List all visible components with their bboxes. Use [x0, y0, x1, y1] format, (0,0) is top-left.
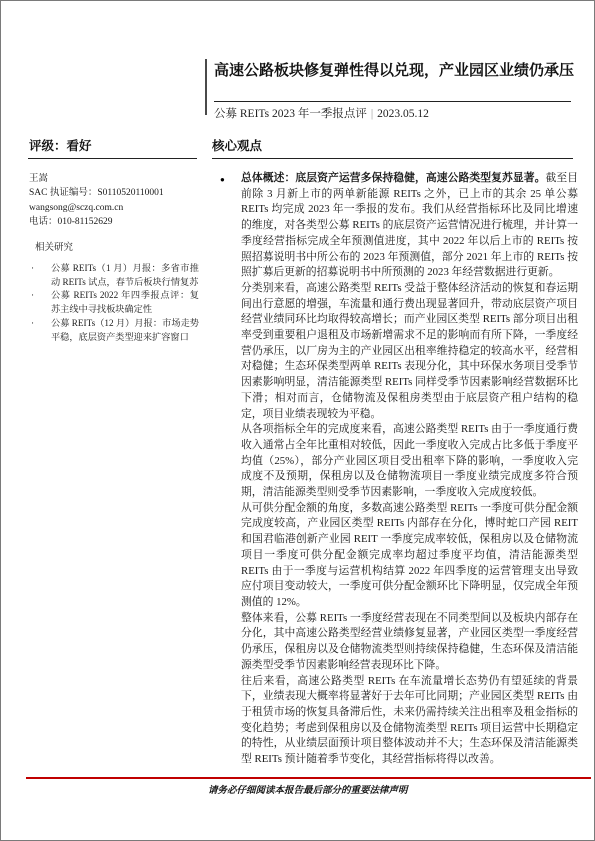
- paragraph: 往后来看，高速公路类型 REITs 在车流量增长态势仍有望延续的背景下，业绩表现…: [241, 674, 578, 768]
- footer-accent-line: [26, 777, 591, 779]
- bullet-dot-icon: ·: [29, 317, 51, 345]
- sidebar-divider: [28, 158, 197, 159]
- related-item-title: 公募 REITs（1 月）月报：多省市推动 REITs 试点，春节后板块行情复苏: [51, 262, 199, 290]
- list-item: · 公募 REITs（12 月）月报：市场走势平稳，底层资产类型迎来扩容窗口: [29, 317, 199, 345]
- analyst-sac-number: SAC 执证编号：S0110520110001: [29, 186, 199, 200]
- analyst-email: wangsong@sczq.com.cn: [29, 201, 199, 215]
- related-item-title: 公募 REITs 2022 年四季报点评：复苏主线中寻找板块确定性: [51, 289, 199, 317]
- bullet-dot-icon: ·: [29, 289, 51, 317]
- analyst-name: 王嵩: [29, 172, 199, 186]
- report-date: 2023.05.12: [377, 108, 429, 120]
- page-title: 高速公路板块修复弹性得以兑现，产业园区业绩仍承压: [214, 61, 576, 80]
- core-viewpoints-heading: 核心观点: [212, 136, 262, 154]
- rating-value: 看好: [67, 139, 92, 153]
- legal-disclaimer: 请务必仔细阅读本报告最后部分的重要法律声明: [208, 782, 595, 796]
- title-divider: [214, 101, 571, 102]
- analyst-phone: 电话：010-81152629: [29, 215, 199, 229]
- list-item: · 公募 REITs 2022 年四季报点评：复苏主线中寻找板块确定性: [29, 289, 199, 317]
- rating-label: 评级：: [29, 139, 67, 153]
- report-subtitle: 公募 REITs 2023 年一季报点评|2023.05.12: [214, 107, 574, 122]
- overview-lead: 总体概述：底层资产运营多保持稳健，高速公路类型复苏显著。: [241, 172, 545, 184]
- paragraph: 从可供分配金额的角度，多数高速公路类型 REITs 一季度可供分配金额完成度较高…: [241, 501, 578, 611]
- bullet-dot-icon: ·: [29, 262, 51, 290]
- analyst-info: 王嵩 SAC 执证编号：S0110520110001 wangsong@sczq…: [29, 172, 199, 230]
- body-text: 总体概述：底层资产运营多保持稳健，高速公路类型复苏显著。截至目前除 3 月新上市…: [241, 171, 578, 768]
- paragraph: 从各项指标全年的完成度来看，高速公路类型 REITs 由于一季度通行费收入通常占…: [241, 422, 578, 501]
- subtitle-separator: |: [367, 108, 377, 120]
- title-accent-bar: [205, 59, 207, 115]
- related-item-title: 公募 REITs（12 月）月报：市场走势平稳，底层资产类型迎来扩容窗口: [51, 317, 199, 345]
- bullet-circle-icon: ●: [220, 175, 225, 185]
- subtitle-text: 公募 REITs 2023 年一季报点评: [214, 108, 367, 120]
- rating: 评级：看好: [29, 136, 92, 154]
- related-research-list: · 公募 REITs（1 月）月报：多省市推动 REITs 试点，春节后板块行情…: [29, 262, 199, 345]
- list-item: · 公募 REITs（1 月）月报：多省市推动 REITs 试点，春节后板块行情…: [29, 262, 199, 290]
- related-research-heading: 相关研究: [35, 242, 199, 256]
- paragraph: 整体来看，公募 REITs 一季度经营表现在不同类型间以及板块内部存在分化，其中…: [241, 611, 578, 674]
- paragraph: 总体概述：底层资产运营多保持稳健，高速公路类型复苏显著。截至目前除 3 月新上市…: [241, 171, 578, 281]
- report-page: 高速公路板块修复弹性得以兑现，产业园区业绩仍承压 公募 REITs 2023 年…: [0, 0, 595, 841]
- main-divider: [212, 158, 573, 159]
- paragraph-text: 截至目前除 3 月新上市的两单新能源 REITs 之外，已上市的其余 25 单公…: [241, 172, 578, 278]
- related-research: 相关研究 · 公募 REITs（1 月）月报：多省市推动 REITs 试点，春节…: [29, 242, 199, 345]
- paragraph: 分类别来看，高速公路类型 REITs 受益于整体经济活动的恢复和春运期间出行意愿…: [241, 281, 578, 422]
